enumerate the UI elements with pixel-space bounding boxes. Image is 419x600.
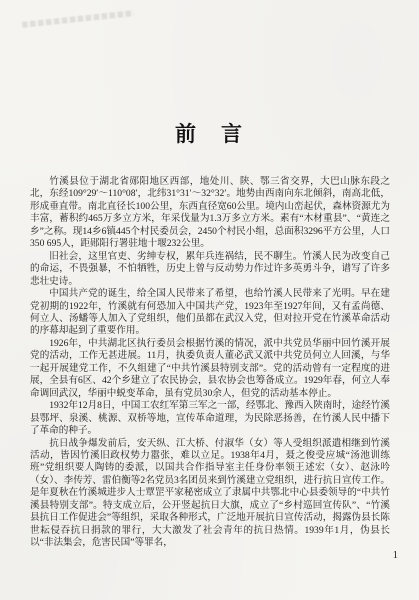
paragraph-old-society: 旧社会，这里官吏、劣绅专权，累年兵连祸结，民不聊生。竹溪人民为改变自己的命运，不…	[30, 251, 390, 288]
paragraph-geography: 竹溪县位于湖北省郧阳地区西部，地处川、陕、鄂三省交界，大巴山脉东段之北，东经10…	[30, 176, 390, 251]
paragraph-anti-japanese-war: 抗日战争爆发前后，安天纵、江大桥、付淑华（女）等人受组织派遣相继到竹溪活动，皆因…	[30, 438, 390, 550]
page-body: 竹溪县位于湖北省郧阳地区西部，地处川、陕、鄂三省交界，大巴山脉东段之北，东经10…	[30, 176, 390, 550]
book-page: 前 言 竹溪县位于湖北省郧阳地区西部，地处川、陕、鄂三省交界，大巴山脉东段之北，…	[0, 0, 419, 600]
paragraph-red-army-1932: 1932年12月8日，中国工农红军第三军之一部，经鄂北、豫西入陕南时，途经竹溪县…	[30, 400, 390, 437]
paragraph-1926-activities: 1926年，中共湖北区执行委员会根据竹溪的情况，派中共党员华丽中回竹溪开展党的活…	[30, 338, 390, 400]
page-title: 前 言	[0, 118, 419, 148]
paragraph-party-founding: 中国共产党的诞生，给全国人民带来了希望，也给竹溪人民带来了光明。早在建党初期的1…	[30, 288, 390, 338]
page-number: 1	[393, 550, 398, 561]
watermark	[22, 10, 134, 28]
